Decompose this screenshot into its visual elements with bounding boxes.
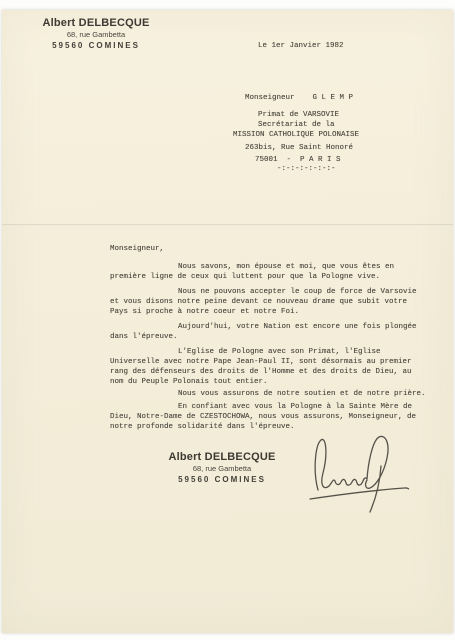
signer-city: 59560 COMINES [152,474,292,485]
letter-body: Monseigneur, Nous savons, mon épouse et … [110,244,426,432]
address-divider: -:-:-:-:-:-:- [277,164,336,174]
body-line: Aujourd'hui, votre Nation est encore une… [110,322,426,332]
body-line: Pays si proche à notre coeur et notre Fo… [110,307,426,317]
recipient-name: Monseigneur G L E M P [245,93,353,103]
recipient-org: MISSION CATHOLIQUE POLONAISE [233,130,359,140]
body-line: et vous disons notre peine devant ce nou… [110,297,426,307]
body-line: Nous ne pouvons accepter le coup de forc… [110,287,426,297]
date-line: Le 1er Janvier 1982 [258,41,344,51]
body-line: Nous vous assurons de notre soutien et d… [110,389,426,399]
letterhead: Albert DELBECQUE 68, rue Gambetta 59560 … [34,17,158,51]
recipient-street: 263bis, Rue Saint Honoré [245,143,353,153]
body-line: Nous savons, mon épouse et moi, que vous… [110,262,426,272]
body-line: Universelle avec notre Pape Jean-Paul II… [110,357,426,367]
body-line: Dieu, Notre-Dame de CZESTOCHOWA, nous vo… [110,412,426,422]
sender-street: 68, rue Gambetta [34,30,158,40]
greeting: Monseigneur, [110,244,426,254]
body-line: première ligne de ceux qui luttent pour … [110,272,426,282]
paper-fold-crease [2,224,453,226]
body-line: nom du Peuple Polonais tout entier. [110,377,426,387]
body-line: rang des défenseurs des droits de l'Homm… [110,367,426,377]
scanned-letter: Albert DELBECQUE 68, rue Gambetta 59560 … [0,0,455,640]
body-line: dans l'épreuve. [110,332,426,342]
handwritten-signature [302,428,414,523]
body-line: En confiant avec vous la Pologne à la Sa… [110,402,426,412]
body-line: L'Eglise de Pologne avec son Primat, l'E… [110,347,426,357]
signer-street: 68, rue Gambetta [152,464,292,474]
recipient-title: Primat de VARSOVIE [258,110,339,120]
recipient-office: Secrétariat de la [258,120,335,130]
signature-stamp: Albert DELBECQUE 68, rue Gambetta 59560 … [152,451,292,485]
sender-name: Albert DELBECQUE [34,17,158,30]
signer-name: Albert DELBECQUE [152,451,292,464]
sender-city: 59560 COMINES [34,40,158,51]
